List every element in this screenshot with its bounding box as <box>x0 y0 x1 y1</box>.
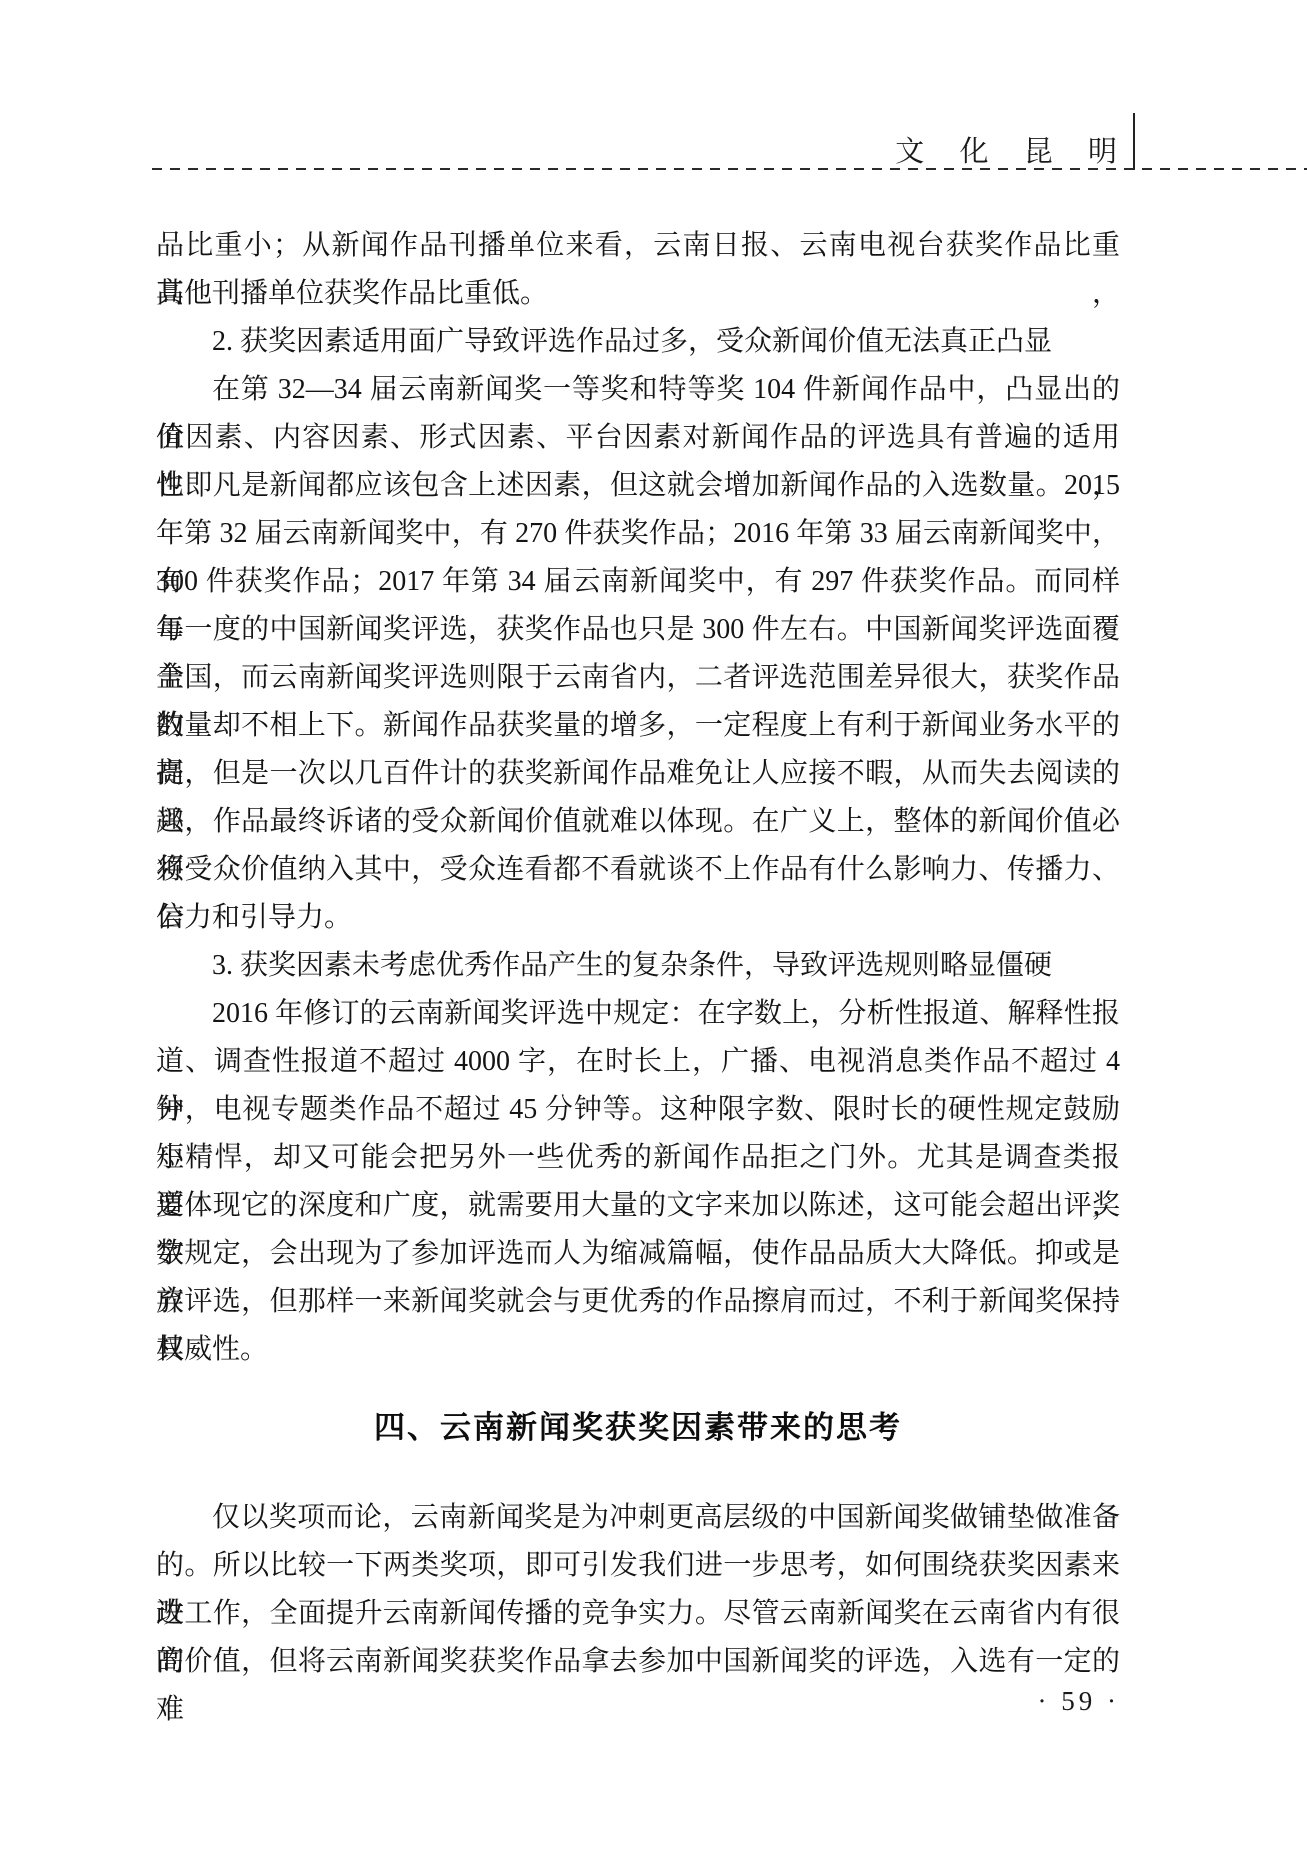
body-line: 仅以奖项而论，云南新闻奖是为冲刺更高层级的中国新闻奖做铺垫做准备 <box>156 1494 1120 1542</box>
body-line: 的。所以比较一下两类奖项，即可引发我们进一步思考，如何围绕获奖因素来改 <box>156 1542 1120 1590</box>
closing-paragraph: 仅以奖项而论，云南新闻奖是为冲刺更高层级的中国新闻奖做铺垫做准备 的。所以比较一… <box>156 1494 1120 1686</box>
body-line: 在第 32—34 届云南新闻奖一等奖和特等奖 104 件新闻作品中，凸显出的价 <box>156 366 1120 414</box>
body-line: 300 件获奖作品；2017 年第 34 届云南新闻奖中，有 297 件获奖作品… <box>156 558 1120 606</box>
body-line: 将受众价值纳入其中，受众连看都不看就谈不上作品有什么影响力、传播力、公 <box>156 846 1120 894</box>
body-line: 道、调查性报道不超过 4000 字，在时长上，广播、电视消息类作品不超过 4 分 <box>156 1038 1120 1086</box>
section-heading: 四、云南新闻奖获奖因素带来的思考 <box>156 1404 1120 1452</box>
body-line: 年一度的中国新闻奖评选，获奖作品也只是 300 件左右。中国新闻奖评选面覆盖 <box>156 606 1120 654</box>
body-line: 进工作，全面提升云南新闻传播的竞争实力。尽管云南新闻奖在云南省内有很高 <box>156 1590 1120 1638</box>
body-line: 值因素、内容因素、形式因素、平台因素对新闻作品的评选具有普遍的适用性， <box>156 414 1120 462</box>
body-line: 品比重小；从新闻作品刊播单位来看，云南日报、云南电视台获奖作品比重高， <box>156 222 1120 270</box>
body-line: 钟，电视专题类作品不超过 45 分钟等。这种限字数、限时长的硬性规定鼓励短 <box>156 1086 1120 1134</box>
body-line: 权威性。 <box>156 1326 1120 1374</box>
subheading-line: 2. 获奖因素适用面广导致评选作品过多，受众新闻价值无法真正凸显 <box>156 318 1120 366</box>
body-line: 2016 年修订的云南新闻奖评选中规定：在字数上，分析性报道、解释性报 <box>156 990 1120 1038</box>
page-number: · 59 · <box>1038 1686 1120 1717</box>
body-line: 也即凡是新闻都应该包含上述因素，但这就会增加新闻作品的入选数量。2015 <box>156 462 1120 510</box>
body-line: 全国，而云南新闻奖评选则限于云南省内，二者评选范围差异很大，获奖作品的 <box>156 654 1120 702</box>
body-line: 弃评选，但那样一来新闻奖就会与更优秀的作品擦肩而过，不利于新闻奖保持其 <box>156 1278 1120 1326</box>
body-line: 数量却不相上下。新闻作品获奖量的增多，一定程度上有利于新闻业务水平的提 <box>156 702 1120 750</box>
running-head-divider-bar <box>1133 113 1135 170</box>
body-line: 数规定，会出现为了参加评选而人为缩减篇幅，使作品品质大大降低。抑或是放 <box>156 1230 1120 1278</box>
body-line: 趣，作品最终诉诸的受众新闻价值就难以体现。在广义上，整体的新闻价值必须 <box>156 798 1120 846</box>
body-text-column: 品比重小；从新闻作品刊播单位来看，云南日报、云南电视台获奖作品比重高， 其他刊播… <box>156 222 1120 1686</box>
body-line: 小精悍，却又可能会把另外一些优秀的新闻作品拒之门外。尤其是调查类报道， <box>156 1134 1120 1182</box>
body-line: 要体现它的深度和广度，就需要用大量的文字来加以陈述，这可能会超出评奖字 <box>156 1182 1120 1230</box>
running-head-title: 文 化 昆 明 <box>895 129 1131 170</box>
document-page: 文 化 昆 明 品比重小；从新闻作品刊播单位来看，云南日报、云南电视台获奖作品比… <box>0 0 1307 1859</box>
body-line: 高，但是一次以几百件计的获奖新闻作品难免让人应接不暇，从而失去阅读的兴 <box>156 750 1120 798</box>
body-line: 信力和引导力。 <box>156 894 1120 942</box>
body-line: 年第 32 届云南新闻奖中，有 270 件获奖作品；2016 年第 33 届云南… <box>156 510 1120 558</box>
header-dashed-rule <box>152 168 1307 170</box>
body-line: 的价值，但将云南新闻奖获奖作品拿去参加中国新闻奖的评选，入选有一定的难 <box>156 1638 1120 1686</box>
subheading-line: 3. 获奖因素未考虑优秀作品产生的复杂条件，导致评选规则略显僵硬 <box>156 942 1120 990</box>
